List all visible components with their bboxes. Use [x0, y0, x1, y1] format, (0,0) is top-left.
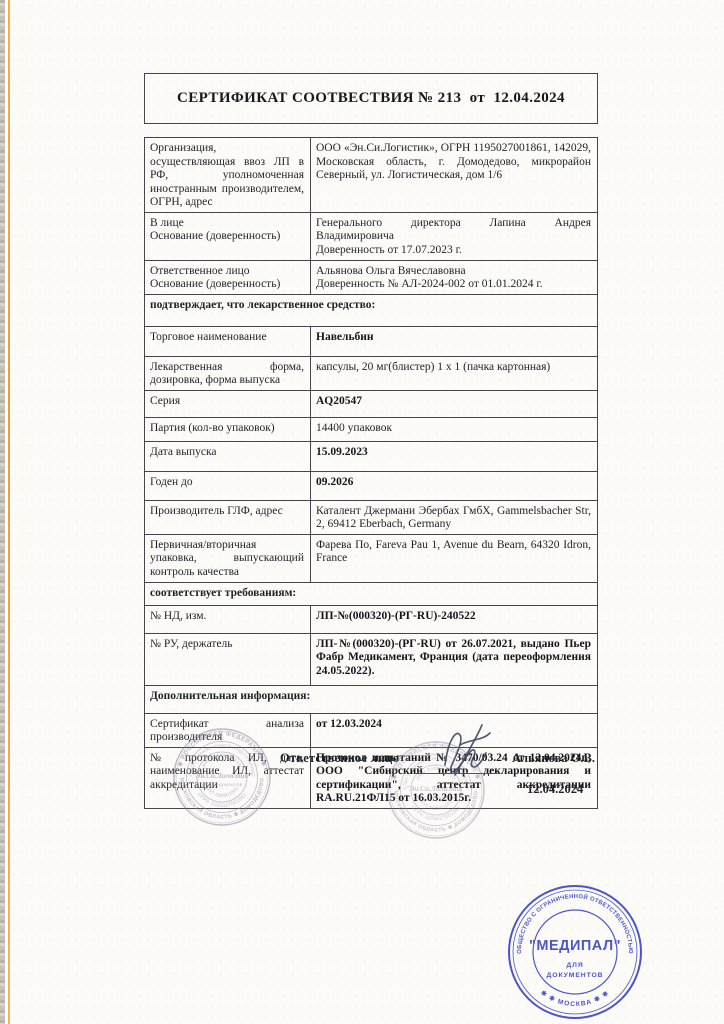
- table-row: Партия (кол-во упаковок) 14400 упаковок: [145, 417, 598, 441]
- row-label: Дата выпуска: [145, 441, 311, 471]
- row-label: № НД, изм.: [145, 605, 311, 633]
- stamp-company-name: "Эн.Си.Логистик": [406, 785, 467, 793]
- table-row: Лекарственная форма, дозировка, форма вы…: [145, 356, 598, 390]
- row-value: ЛП-№(000320)-(РГ-RU)-240522: [311, 605, 598, 633]
- certificate-title-box: СЕРТИФИКАТ СООТВЕСТВИЯ № 213 от 12.04.20…: [144, 73, 598, 124]
- row-value: капсулы, 20 мг(блистер) 1 х 1 (пачка кар…: [311, 356, 598, 390]
- table-row: Серия AQ20547: [145, 390, 598, 417]
- row-label: Серия: [145, 390, 311, 417]
- row-value: ООО «Эн.Си.Логистик», ОГРН 1195027001861…: [311, 138, 598, 213]
- row-value: 14400 упаковок: [311, 417, 598, 441]
- medipal-stamp: ОБЩЕСТВО С ОГРАНИЧЕННОЙ ОТВЕТСТВЕННОСТЬЮ…: [495, 878, 655, 1024]
- row-value: Альянова Ольга Вячеславовна Доверенность…: [311, 260, 598, 294]
- svg-text:✱ ✱ МОСКВА ✱ ✱: ✱ ✱ МОСКВА ✱ ✱: [539, 989, 611, 1008]
- row-value: ЛП-№(000320)-(РГ-RU) от 26.07.2021, выда…: [311, 633, 598, 685]
- section-label: подтверждает, что лекарственное средство…: [145, 294, 598, 326]
- stamp-text-country: ✱ РОССИЙСКАЯ ФЕДЕРАЦИЯ ✱: [391, 744, 481, 780]
- section-label: Дополнительная информация:: [145, 685, 598, 713]
- table-row: № РУ, держатель ЛП-№(000320)-(РГ-RU) от …: [145, 633, 598, 685]
- certificate-title: СЕРТИФИКАТ СООТВЕСТВИЯ № 213 от 12.04.20…: [177, 90, 565, 107]
- stamp-text-country: ✱ РОССИЙСКАЯ ФЕДЕРАЦИЯ ✱: [177, 731, 267, 767]
- row-label: Производитель ГЛФ, адрес: [145, 500, 311, 534]
- row-value: AQ20547: [311, 390, 598, 417]
- table-row: Первичная/вторичная упаковка, выпускающи…: [145, 534, 598, 582]
- stamp-text-moscow: ✱ ✱ МОСКВА ✱ ✱: [539, 989, 611, 1008]
- row-value: Фарева По, Fareva Pau 1, Avenue du Bearn…: [311, 534, 598, 582]
- row-label: Организация, осуществляющая ввоз ЛП в РФ…: [145, 138, 311, 213]
- section-row: Дополнительная информация:: [145, 685, 598, 713]
- row-value: Каталент Джермани Эбербах ГмбХ, Gammelsb…: [311, 500, 598, 534]
- row-label: В лице Основание (доверенность): [145, 212, 311, 260]
- row-label: Ответственное лицо Основание (довереннос…: [145, 260, 311, 294]
- row-label: Партия (кол-во упаковок): [145, 417, 311, 441]
- stamp-company-name: "Эн.Си.Логистик": [192, 772, 253, 780]
- table-row: Дата выпуска 15.09.2023: [145, 441, 598, 471]
- certificate-table: Организация, осуществляющая ввоз ЛП в РФ…: [144, 137, 598, 809]
- row-label: Первичная/вторичная упаковка, выпускающи…: [145, 534, 311, 582]
- row-value: Генерального директора Лапина Андрея Вла…: [311, 212, 598, 260]
- row-label: № РУ, держатель: [145, 633, 311, 685]
- row-label: Годен до: [145, 471, 311, 500]
- section-label: соответствует требованиям:: [145, 582, 598, 605]
- stamp-text-inn: ИНН 5009117815: [201, 753, 243, 768]
- svg-text:✱ РОССИЙСКАЯ ФЕДЕРАЦИЯ ✱: ✱ РОССИЙСКАЯ ФЕДЕРАЦИЯ ✱: [391, 744, 481, 780]
- company-stamp: ✱ РОССИЙСКАЯ ФЕДЕРАЦИЯ ✱ МОСКОВСКАЯ ОБЛА…: [174, 729, 270, 825]
- row-label: Торговое наименование: [145, 326, 311, 356]
- scanned-certificate-page: СЕРТИФИКАТ СООТВЕСТВИЯ № 213 от 12.04.20…: [0, 0, 724, 1024]
- stamps-overlay: ✱ РОССИЙСКАЯ ФЕДЕРАЦИЯ ✱ МОСКОВСКАЯ ОБЛА…: [140, 715, 620, 865]
- svg-text:ИНН 5009117815: ИНН 5009117815: [201, 753, 243, 768]
- scan-edge-line: [8, 0, 10, 1024]
- table-row: В лице Основание (доверенность) Генераль…: [145, 212, 598, 260]
- row-value: 09.2026: [311, 471, 598, 500]
- row-value: 15.09.2023: [311, 441, 598, 471]
- section-row: соответствует требованиям:: [145, 582, 598, 605]
- table-row: Годен до 09.2026: [145, 471, 598, 500]
- section-row: подтверждает, что лекарственное средство…: [145, 294, 598, 326]
- stamp-for-documents-line1: ДЛЯ: [566, 962, 583, 969]
- svg-text:✱ РОССИЙСКАЯ ФЕДЕРАЦИЯ ✱: ✱ РОССИЙСКАЯ ФЕДЕРАЦИЯ ✱: [177, 731, 267, 767]
- table-row: Производитель ГЛФ, адрес Каталент Джерма…: [145, 500, 598, 534]
- table-row: Ответственное лицо Основание (довереннос…: [145, 260, 598, 294]
- stamp-company-name: "МЕДИПАЛ": [529, 938, 621, 954]
- table-row: № НД, изм. ЛП-№(000320)-(РГ-RU)-240522: [145, 605, 598, 633]
- row-label: Лекарственная форма, дозировка, форма вы…: [145, 356, 311, 390]
- company-stamp-2: ✱ РОССИЙСКАЯ ФЕДЕРАЦИЯ ✱ МОСКОВСКАЯ ОБЛА…: [388, 742, 484, 838]
- stamp-for-documents-line2: ДОКУМЕНТОВ: [547, 972, 604, 979]
- table-row: Торговое наименование Навельбин: [145, 326, 598, 356]
- table-row: Организация, осуществляющая ввоз ЛП в РФ…: [145, 138, 598, 213]
- row-value: Навельбин: [311, 326, 598, 356]
